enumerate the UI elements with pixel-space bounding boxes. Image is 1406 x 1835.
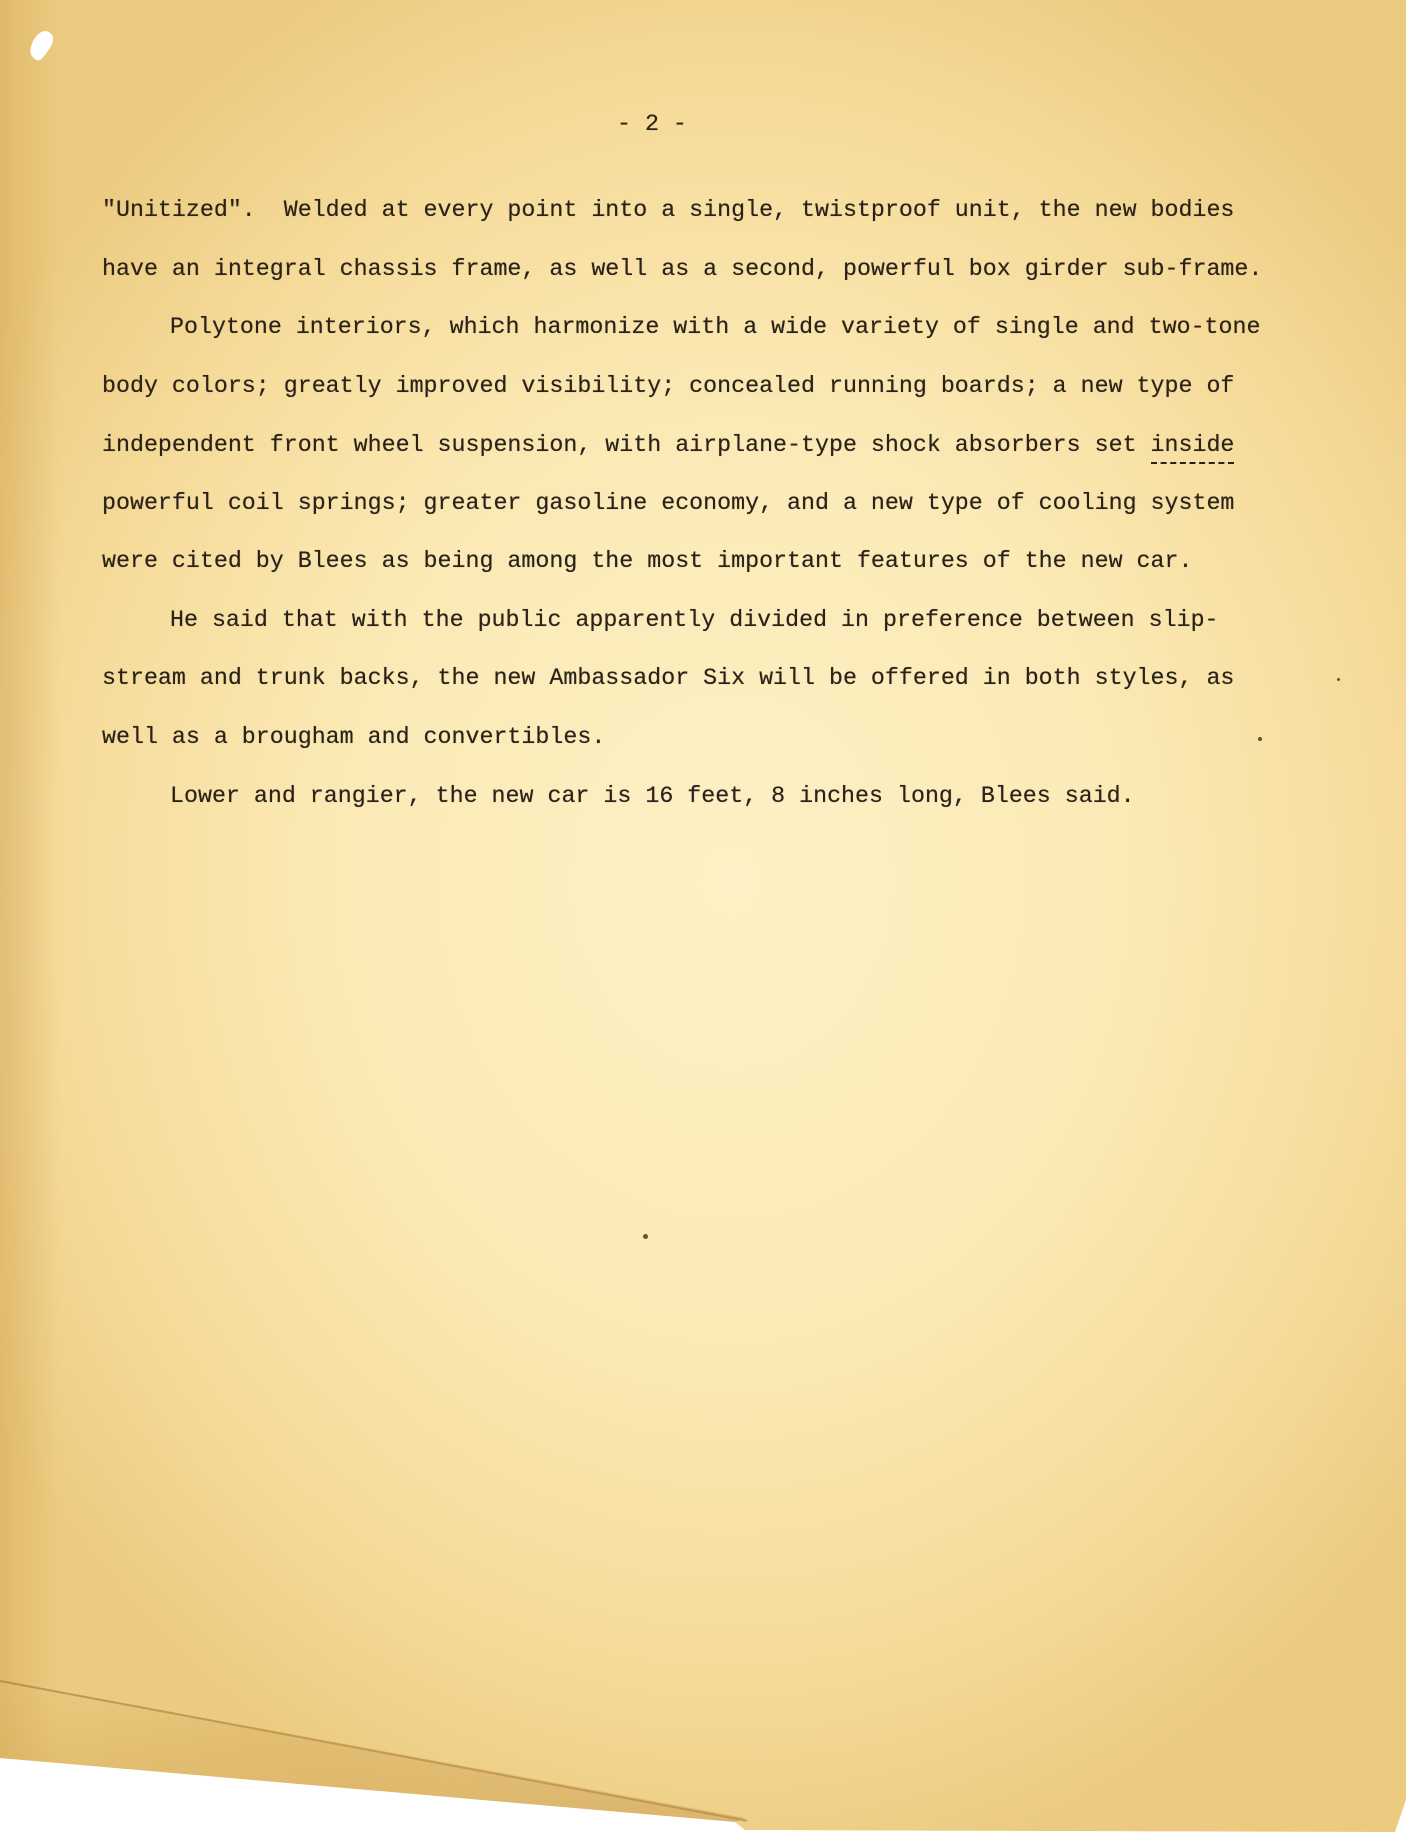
text-line-10: well as a brougham and convertibles. <box>102 726 605 749</box>
text-line-5: independent front wheel suspension, with… <box>102 434 1234 457</box>
text-line-6: powerful coil springs; greater gasoline … <box>102 492 1234 515</box>
text-line-1: "Unitized". Welded at every point into a… <box>102 199 1234 222</box>
typewritten-page: - 2 - "Unitized". Welded at every point … <box>0 0 1406 1835</box>
folded-corner-crease <box>0 1680 747 1822</box>
paragraph-public-line-1: He said that with the public apparently … <box>170 609 1219 632</box>
text-line-4: body colors; greatly improved visibility… <box>102 375 1234 398</box>
page-number: - 2 - <box>617 113 687 136</box>
paragraph-polytone-line-1: Polytone interiors, which harmonize with… <box>170 316 1260 339</box>
ink-speck <box>1258 737 1262 741</box>
text-line-2: have an integral chassis frame, as well … <box>102 258 1262 281</box>
underlined-word-inside: inside <box>1151 432 1235 464</box>
paragraph-lower-rangier: Lower and rangier, the new car is 16 fee… <box>170 785 1135 808</box>
text-line-5-start: independent front wheel suspension, with… <box>102 432 1151 458</box>
text-line-9: stream and trunk backs, the new Ambassad… <box>102 667 1234 690</box>
text-line-7: were cited by Blees as being among the m… <box>102 550 1192 573</box>
ink-speck <box>643 1234 648 1239</box>
ink-speck <box>1337 678 1340 681</box>
paper-tear <box>25 28 57 63</box>
